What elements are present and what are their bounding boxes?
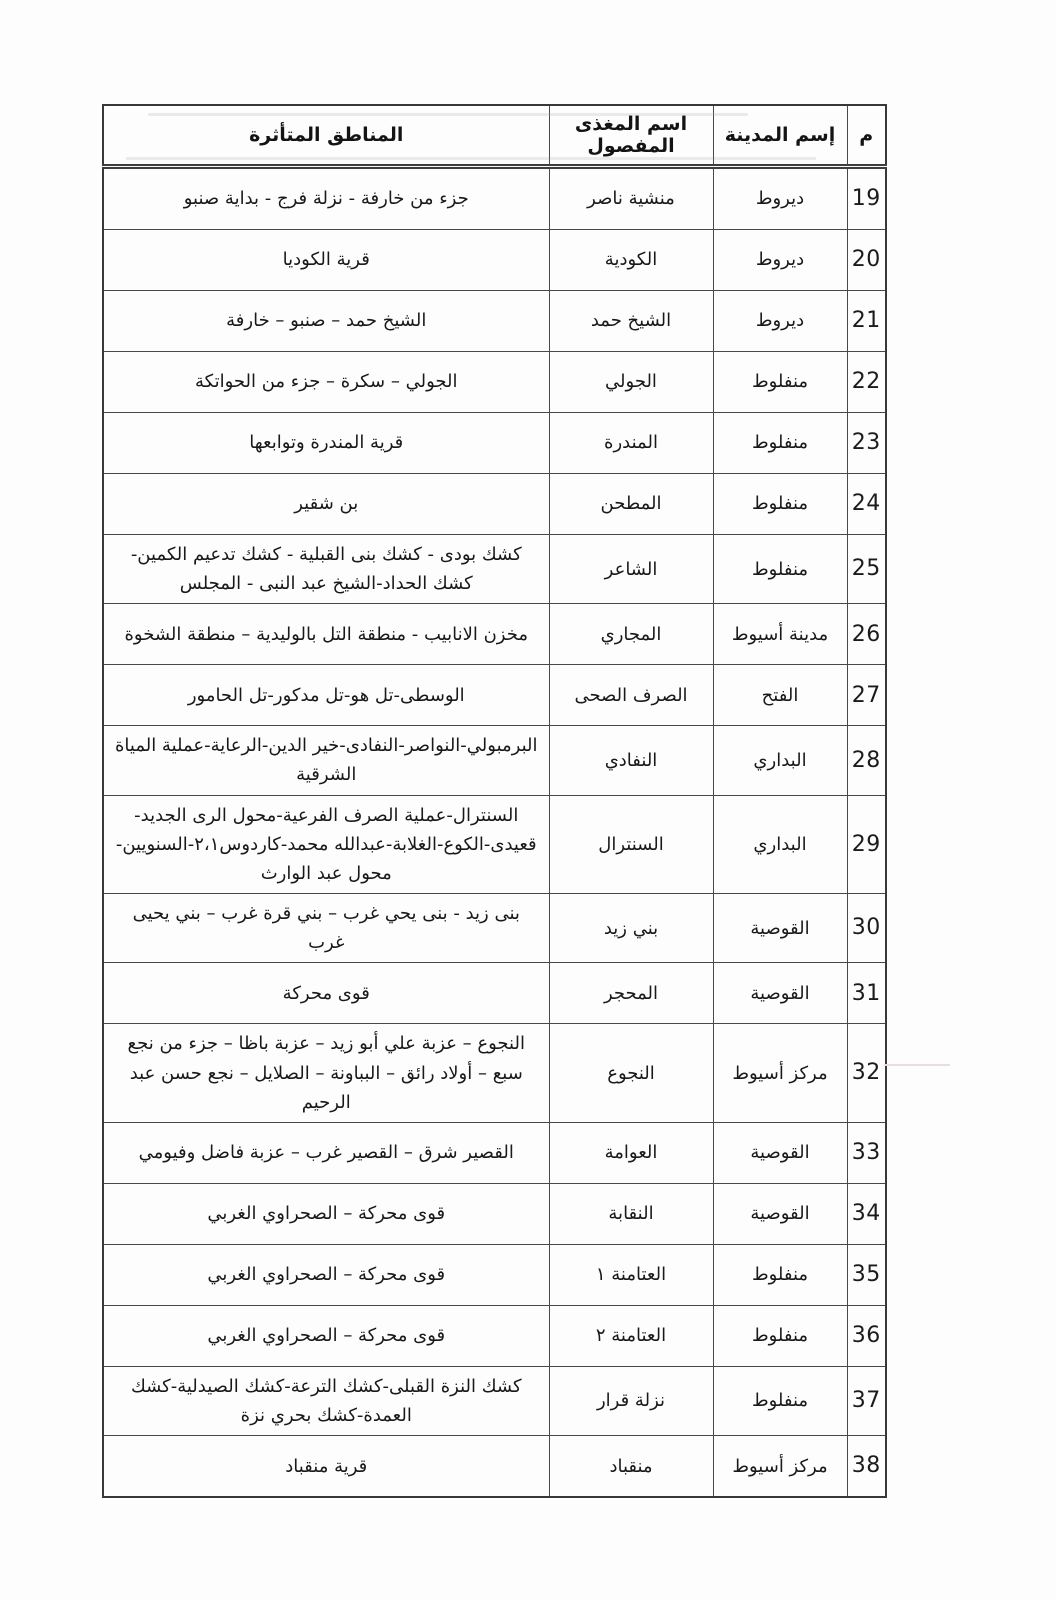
table-row: 29 البداري السنترال السنترال-عملية الصرف… [103,795,886,893]
row-number-cell: 20 [847,230,886,291]
header-feeder-name: اسم المغذى المفصول [549,105,713,167]
feeder-name-cell: المندرة [549,413,713,474]
feeder-name-cell: الصرف الصحى [549,665,713,726]
feeder-name-cell: الكودية [549,230,713,291]
header-row: م إسم المدينة اسم المغذى المفصول المناطق… [103,105,886,167]
city-name-cell: ديروط [713,167,847,230]
scanned-document-page: م إسم المدينة اسم المغذى المفصول المناطق… [0,0,1056,1600]
city-name-cell: منفلوط [713,535,847,604]
scan-artifact-line [884,1064,950,1066]
row-number-cell: 21 [847,291,886,352]
feeder-name-cell: الشاعر [549,535,713,604]
feeder-name-cell: المحجر [549,963,713,1024]
affected-areas-cell: مخزن الانابيب - منطقة التل بالوليدية – م… [103,604,549,665]
row-number-cell: 38 [847,1436,886,1498]
row-number-cell: 36 [847,1305,886,1366]
affected-areas-cell: قوى محركة – الصحراوي الغربي [103,1183,549,1244]
affected-areas-cell: قرية الكوديا [103,230,549,291]
city-name-cell: مركز أسيوط [713,1024,847,1122]
affected-areas-cell: السنترال-عملية الصرف الفرعية-محول الرى ا… [103,795,549,893]
row-number-cell: 25 [847,535,886,604]
city-name-cell: منفلوط [713,1366,847,1435]
table-row: 26 مدينة أسيوط المجاري مخزن الانابيب - م… [103,604,886,665]
row-number-cell: 19 [847,167,886,230]
feeder-name-cell: النفادي [549,726,713,795]
affected-areas-cell: قرية منقباد [103,1436,549,1498]
table-row: 34 القوصية النقابة قوى محركة – الصحراوي … [103,1183,886,1244]
table-row: 19 ديروط منشية ناصر جزء من خارفة - نزلة … [103,167,886,230]
table-row: 31 القوصية المحجر قوى محركة [103,963,886,1024]
feeder-name-cell: منقباد [549,1436,713,1498]
table-row: 30 القوصية بني زيد بنى زيد - بنى يحي غرب… [103,894,886,963]
feeder-name-cell: الشيخ حمد [549,291,713,352]
affected-areas-cell: النجوع – عزبة علي أبو زيد – عزبة باظا – … [103,1024,549,1122]
header-affected-areas: المناطق المتأثرة [103,105,549,167]
row-number-cell: 31 [847,963,886,1024]
feeder-name-cell: نزلة قرار [549,1366,713,1435]
affected-areas-cell: البرمبولي-النواصر-النفادى-خير الدين-الرع… [103,726,549,795]
city-name-cell: البداري [713,795,847,893]
city-name-cell: منفلوط [713,1305,847,1366]
affected-areas-cell: جزء من خارفة - نزلة فرج - بداية صنبو [103,167,549,230]
city-name-cell: منفلوط [713,474,847,535]
city-name-cell: البداري [713,726,847,795]
table-row: 38 مركز أسيوط منقباد قرية منقباد [103,1436,886,1498]
feeder-name-cell: العتامنة ٢ [549,1305,713,1366]
feeder-name-cell: بني زيد [549,894,713,963]
row-number-cell: 22 [847,352,886,413]
table-row: 23 منفلوط المندرة قرية المندرة وتوابعها [103,413,886,474]
affected-areas-cell: بن شقير [103,474,549,535]
table-row: 27 الفتح الصرف الصحى الوسطى-تل هو-تل مدك… [103,665,886,726]
row-number-cell: 26 [847,604,886,665]
table-header: م إسم المدينة اسم المغذى المفصول المناطق… [103,105,886,167]
table-row: 36 منفلوط العتامنة ٢ قوى محركة – الصحراو… [103,1305,886,1366]
feeder-name-cell: الجولي [549,352,713,413]
row-number-cell: 29 [847,795,886,893]
city-name-cell: ديروط [713,291,847,352]
row-number-cell: 34 [847,1183,886,1244]
affected-areas-cell: قوى محركة [103,963,549,1024]
feeder-name-cell: العوامة [549,1122,713,1183]
city-name-cell: منفلوط [713,352,847,413]
row-number-cell: 30 [847,894,886,963]
affected-areas-cell: الشيخ حمد – صنبو – خارفة [103,291,549,352]
table-row: 21 ديروط الشيخ حمد الشيخ حمد – صنبو – خا… [103,291,886,352]
feeder-name-cell: المطحن [549,474,713,535]
row-number-cell: 32 [847,1024,886,1122]
city-name-cell: منفلوط [713,413,847,474]
row-number-cell: 28 [847,726,886,795]
table-row: 24 منفلوط المطحن بن شقير [103,474,886,535]
row-number-cell: 24 [847,474,886,535]
feeder-name-cell: السنترال [549,795,713,893]
row-number-cell: 23 [847,413,886,474]
city-name-cell: ديروط [713,230,847,291]
affected-areas-cell: كشك النزة القبلى-كشك الترعة-كشك الصيدلية… [103,1366,549,1435]
table-row: 28 البداري النفادي البرمبولي-النواصر-الن… [103,726,886,795]
table-row: 20 ديروط الكودية قرية الكوديا [103,230,886,291]
table-row: 37 منفلوط نزلة قرار كشك النزة القبلى-كشك… [103,1366,886,1435]
row-number-cell: 33 [847,1122,886,1183]
outage-table: م إسم المدينة اسم المغذى المفصول المناطق… [102,104,887,1498]
feeder-name-cell: منشية ناصر [549,167,713,230]
city-name-cell: القوصية [713,1183,847,1244]
affected-areas-cell: القصير شرق – القصير غرب – عزبة فاضل وفيو… [103,1122,549,1183]
affected-areas-cell: الوسطى-تل هو-تل مدكور-تل الحامور [103,665,549,726]
city-name-cell: منفلوط [713,1244,847,1305]
affected-areas-cell: قرية المندرة وتوابعها [103,413,549,474]
city-name-cell: القوصية [713,963,847,1024]
header-number: م [847,105,886,167]
city-name-cell: الفتح [713,665,847,726]
affected-areas-cell: بنى زيد - بنى يحي غرب – بني قرة غرب – بن… [103,894,549,963]
table-row: 22 منفلوط الجولي الجولي – سكرة – جزء من … [103,352,886,413]
feeder-name-cell: المجاري [549,604,713,665]
affected-areas-cell: قوى محركة – الصحراوي الغربي [103,1244,549,1305]
table-row: 33 القوصية العوامة القصير شرق – القصير غ… [103,1122,886,1183]
feeder-name-cell: النجوع [549,1024,713,1122]
feeder-name-cell: النقابة [549,1183,713,1244]
row-number-cell: 27 [847,665,886,726]
row-number-cell: 35 [847,1244,886,1305]
table-row: 32 مركز أسيوط النجوع النجوع – عزبة علي أ… [103,1024,886,1122]
city-name-cell: مركز أسيوط [713,1436,847,1498]
header-city-name: إسم المدينة [713,105,847,167]
table-row: 35 منفلوط العتامنة ١ قوى محركة – الصحراو… [103,1244,886,1305]
feeder-name-cell: العتامنة ١ [549,1244,713,1305]
table-row: 25 منفلوط الشاعر كشك بودى - كشك بنى القب… [103,535,886,604]
affected-areas-cell: قوى محركة – الصحراوي الغربي [103,1305,549,1366]
city-name-cell: القوصية [713,894,847,963]
table-body: 19 ديروط منشية ناصر جزء من خارفة - نزلة … [103,167,886,1498]
city-name-cell: القوصية [713,1122,847,1183]
affected-areas-cell: الجولي – سكرة – جزء من الحواتكة [103,352,549,413]
affected-areas-cell: كشك بودى - كشك بنى القبلية - كشك تدعيم ا… [103,535,549,604]
row-number-cell: 37 [847,1366,886,1435]
city-name-cell: مدينة أسيوط [713,604,847,665]
